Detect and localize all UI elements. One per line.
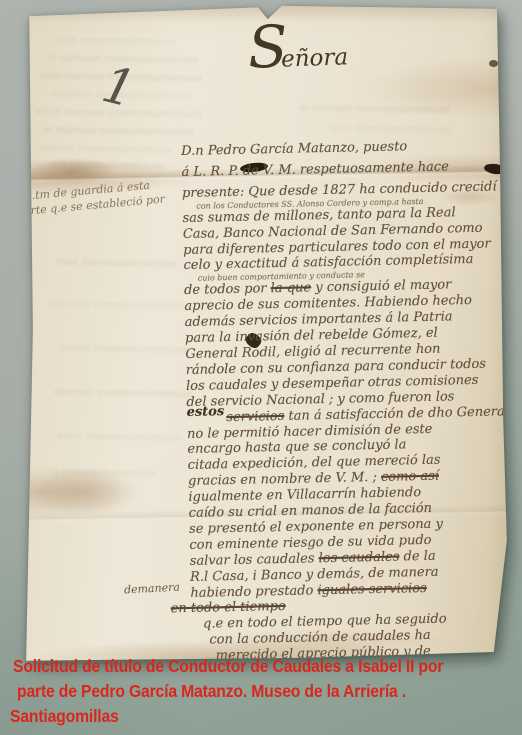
ghost-writing bbox=[58, 431, 180, 444]
ghost-writing bbox=[330, 123, 450, 136]
manuscript-text: D.n Pedro García Matanzo, puestoá L. R. … bbox=[181, 137, 518, 681]
paper-sheet: 1 Señora † h.tm de guardia á esta parte … bbox=[0, 0, 522, 735]
photo-background: 1 Señora † h.tm de guardia á esta parte … bbox=[0, 0, 522, 735]
ghost-writing bbox=[55, 35, 175, 48]
ink-blot bbox=[489, 60, 498, 67]
document-photo: 1 Señora † h.tm de guardia á esta parte … bbox=[0, 0, 522, 735]
manuscript-line: á L. R. P. de V. M. respetuosamente hace bbox=[181, 158, 507, 181]
manuscript-line: las autoridades, como caro bbox=[226, 658, 518, 680]
ghost-writing bbox=[56, 257, 176, 270]
stain bbox=[28, 158, 118, 184]
ghost-writing bbox=[40, 143, 172, 156]
ghost-writing bbox=[58, 343, 188, 356]
salutation: Señora bbox=[247, 22, 348, 73]
salutation-rest: eñora bbox=[281, 44, 349, 72]
stain bbox=[30, 466, 140, 518]
